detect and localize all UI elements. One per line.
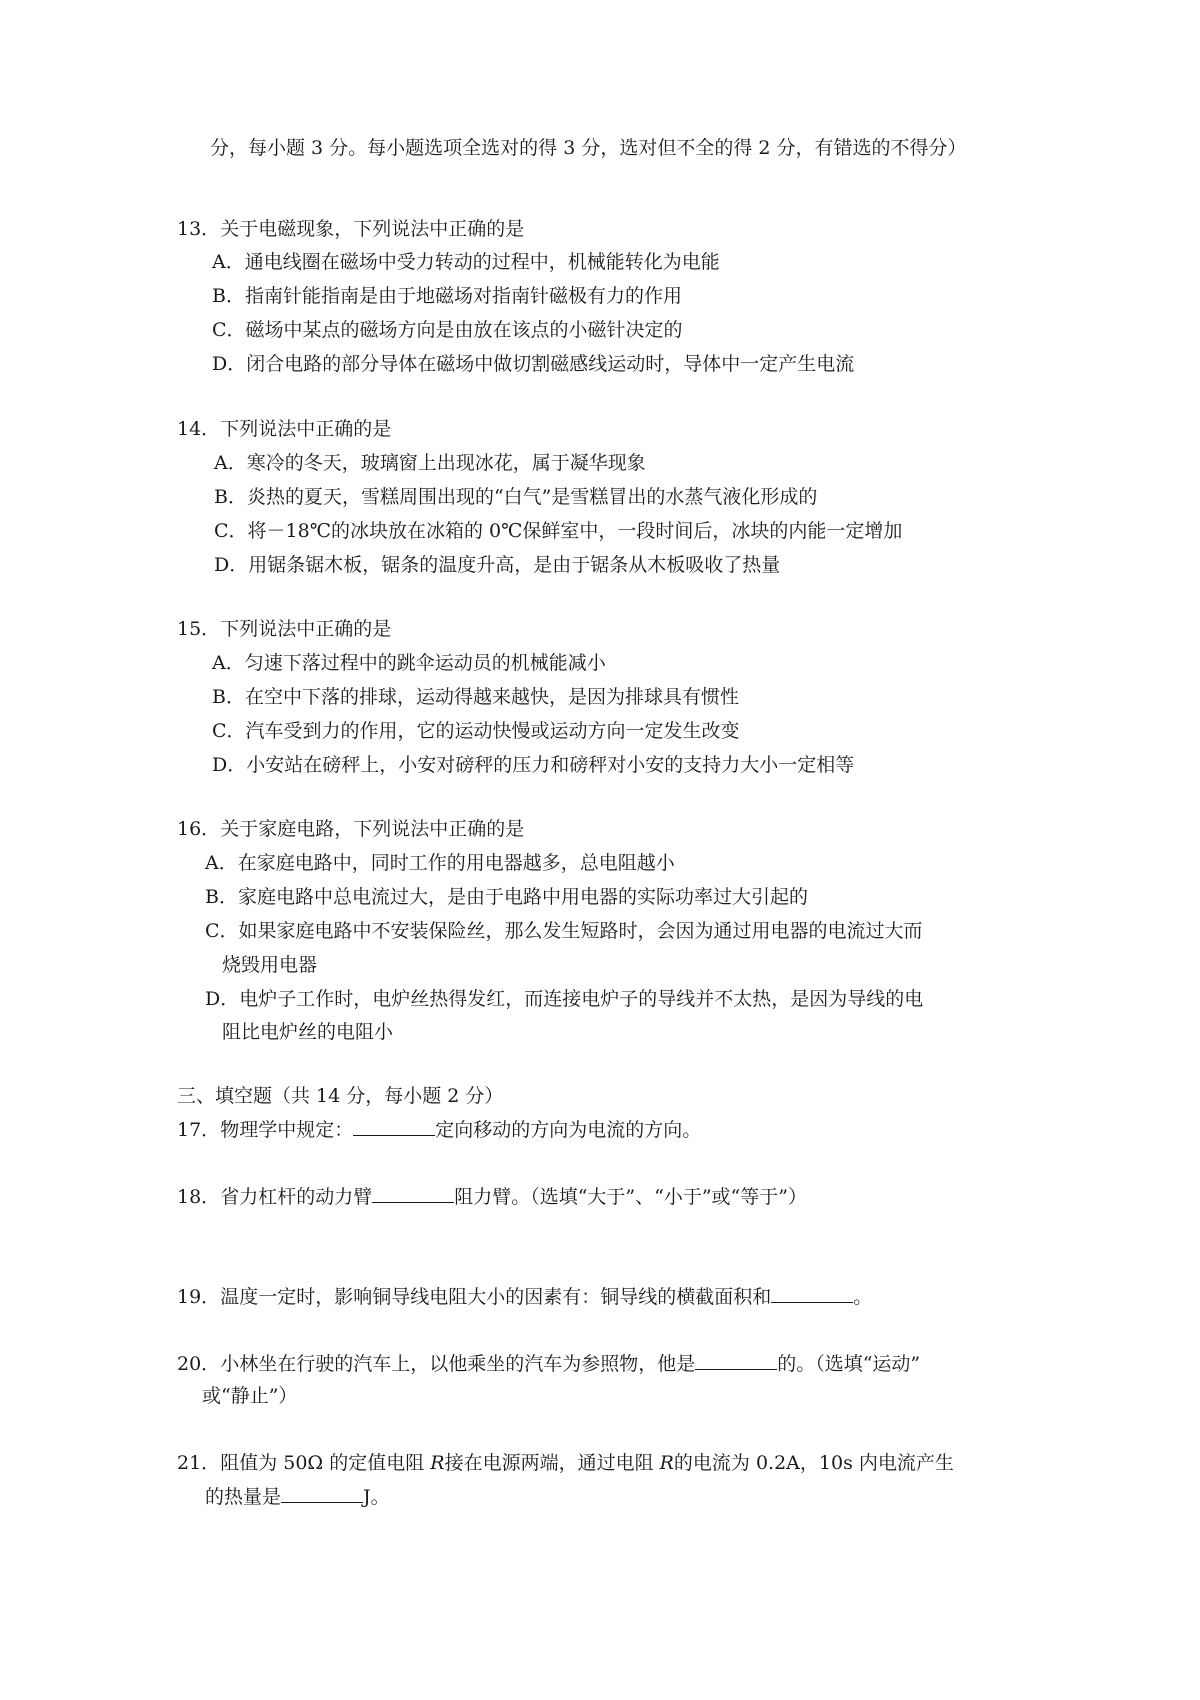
question-stem: 下列说法中正确的是 — [220, 618, 391, 640]
answer-blank[interactable] — [771, 1284, 853, 1303]
answer-blank[interactable] — [372, 1184, 454, 1203]
variable-r: R — [660, 1452, 674, 1474]
question-number: 15． — [177, 617, 220, 641]
option-c: C．如果家庭电路中不安装保险丝，那么发生短路时，会因为通过用电器的电流过大而 — [205, 919, 923, 943]
option-b: B．炎热的夏天，雪糕周围出现的“白气”是雪糕冒出的水蒸气液化形成的 — [214, 485, 817, 509]
option-a: A．匀速下落过程中的跳伞运动员的机械能减小 — [212, 651, 606, 675]
question-text: 。 — [853, 1286, 872, 1308]
question-21-continuation: 的热量是J。 — [205, 1484, 390, 1509]
header-continuation: 分，每小题 3 分。每小题选项全选对的得 3 分，选对但不全的得 2 分，有错选… — [210, 136, 967, 160]
option-c-continuation: 烧毁用电器 — [222, 953, 317, 977]
question-text: 的热量是 — [205, 1486, 281, 1508]
question-number: 18． — [177, 1185, 220, 1209]
option-d: D．电炉子工作时，电炉丝热得发红，而连接电炉子的导线并不太热，是因为导线的电 — [205, 987, 923, 1011]
question-text: 阻力臂。（选填“大于”、“小于”或“等于”） — [454, 1186, 807, 1208]
question-number: 19． — [177, 1285, 220, 1309]
option-a: A．通电线圈在磁场中受力转动的过程中，机械能转化为电能 — [212, 250, 720, 274]
question-stem: 关于家庭电路，下列说法中正确的是 — [220, 818, 524, 840]
question-stem: 下列说法中正确的是 — [220, 418, 391, 440]
question-number: 13． — [177, 217, 220, 241]
question-20-continuation: 或“静止”） — [202, 1384, 297, 1408]
question-16-stem: 16．关于家庭电路，下列说法中正确的是 — [177, 817, 524, 841]
question-text: 的。（选填“运动” — [777, 1353, 920, 1375]
section-title: 三、填空题（共 14 分，每小题 2 分） — [177, 1084, 503, 1108]
question-number: 20． — [177, 1352, 220, 1376]
question-18: 18．省力杠杆的动力臂阻力臂。（选填“大于”、“小于”或“等于”） — [177, 1184, 807, 1209]
answer-blank[interactable] — [281, 1484, 363, 1503]
question-number: 16． — [177, 817, 220, 841]
option-c: C．将－18℃的冰块放在冰箱的 0℃保鲜室中，一段时间后，冰块的内能一定增加 — [214, 519, 902, 543]
option-d-continuation: 阻比电炉丝的电阻小 — [222, 1020, 393, 1044]
question-17: 17．物理学中规定：定向移动的方向为电流的方向。 — [177, 1117, 701, 1142]
question-text: 温度一定时，影响铜导线电阻大小的因素有：铜导线的横截面积和 — [220, 1286, 771, 1308]
option-d: D．小安站在磅秤上，小安对磅秤的压力和磅秤对小安的支持力大小一定相等 — [212, 753, 854, 777]
option-b: B．家庭电路中总电流过大，是由于电路中用电器的实际功率过大引起的 — [205, 885, 808, 909]
question-13-stem: 13．关于电磁现象，下列说法中正确的是 — [177, 217, 524, 241]
variable-r: R — [430, 1452, 444, 1474]
option-c: C．磁场中某点的磁场方向是由放在该点的小磁针决定的 — [212, 318, 683, 342]
option-b: B．指南针能指南是由于地磁场对指南针磁极有力的作用 — [212, 284, 682, 308]
option-d: D．用锯条锯木板，锯条的温度升高，是由于锯条从木板吸收了热量 — [214, 553, 780, 577]
option-b: B．在空中下落的排球，运动得越来越快，是因为排球具有惯性 — [212, 685, 739, 709]
question-number: 17． — [177, 1118, 220, 1142]
question-15-stem: 15．下列说法中正确的是 — [177, 617, 391, 641]
question-21: 21．阻值为 50Ω 的定值电阻 R接在电源两端，通过电阻 R的电流为 0.2A… — [177, 1451, 954, 1475]
question-text: 小林坐在行驶的汽车上，以他乘坐的汽车为参照物，他是 — [220, 1353, 695, 1375]
question-text: 省力杠杆的动力臂 — [220, 1186, 372, 1208]
option-d: D．闭合电路的部分导体在磁场中做切割磁感线运动时，导体中一定产生电流 — [212, 352, 854, 376]
question-text: 的电流为 0.2A，10s 内电流产生 — [674, 1452, 954, 1474]
question-text: 阻值为 50Ω 的定值电阻 — [220, 1452, 430, 1474]
question-text: 定向移动的方向为电流的方向。 — [435, 1119, 701, 1141]
question-text: 接在电源两端，通过电阻 — [445, 1452, 660, 1474]
question-number: 21． — [177, 1451, 220, 1475]
question-stem: 关于电磁现象，下列说法中正确的是 — [220, 218, 524, 240]
question-text: 物理学中规定： — [220, 1119, 353, 1141]
answer-blank[interactable] — [353, 1117, 435, 1136]
option-a: A．寒冷的冬天，玻璃窗上出现冰花，属于凝华现象 — [214, 451, 646, 475]
question-text: J。 — [363, 1486, 390, 1508]
question-19: 19．温度一定时，影响铜导线电阻大小的因素有：铜导线的横截面积和。 — [177, 1284, 872, 1309]
option-c: C．汽车受到力的作用，它的运动快慢或运动方向一定发生改变 — [212, 719, 740, 743]
question-20: 20．小林坐在行驶的汽车上，以他乘坐的汽车为参照物，他是的。（选填“运动” — [177, 1351, 920, 1376]
question-14-stem: 14．下列说法中正确的是 — [177, 417, 391, 441]
option-a: A．在家庭电路中，同时工作的用电器越多，总电阻越小 — [205, 851, 675, 875]
question-number: 14． — [177, 417, 220, 441]
answer-blank[interactable] — [695, 1351, 777, 1370]
